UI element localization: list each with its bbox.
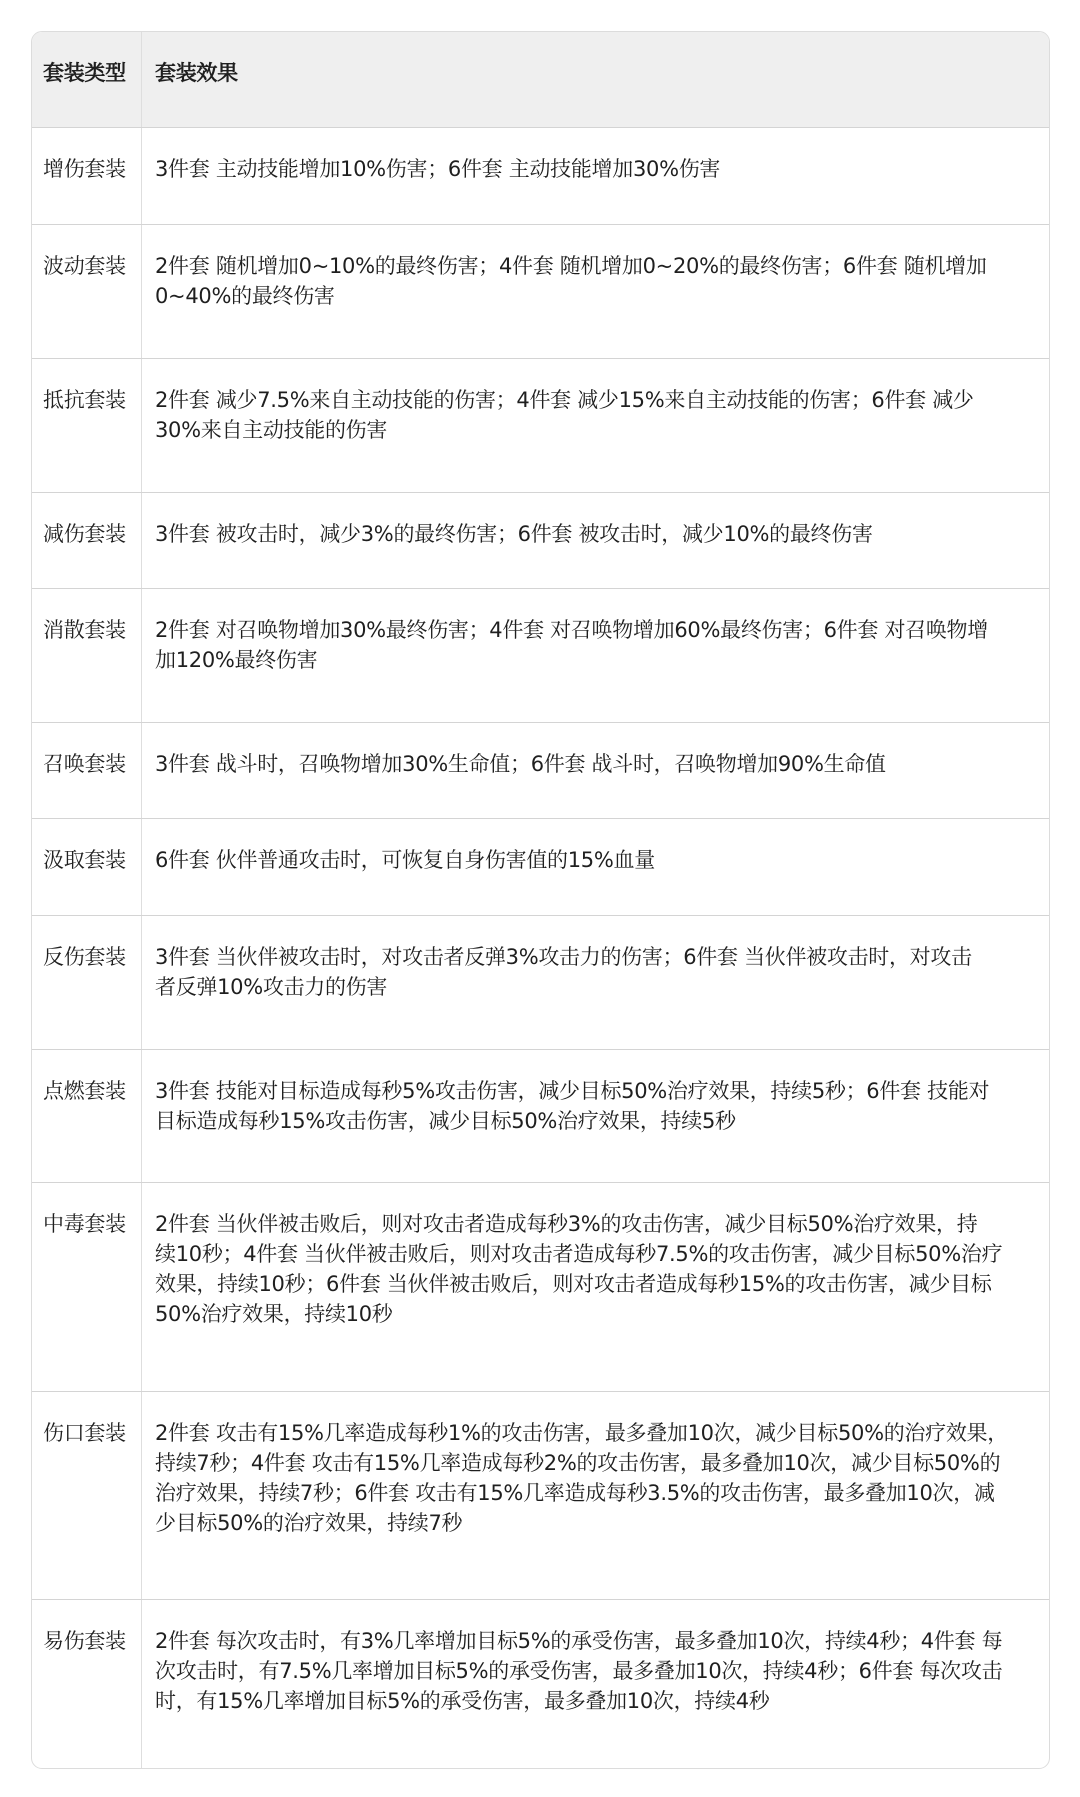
set-effect-line: 30%来自主动技能的伤害 <box>155 415 1039 445</box>
table-row: 增伤套装3件套 主动技能增加10%伤害；6件套 主动技能增加30%伤害 <box>32 128 1049 225</box>
set-type-cell: 召唤套装 <box>32 723 142 818</box>
set-effect-line: 时，有15%几率增加目标5%的承受伤害，最多叠加10次，持续4秒 <box>155 1686 1039 1716</box>
set-effect-line: 2件套 每次攻击时，有3%几率增加目标5%的承受伤害，最多叠加10次，持续4秒；… <box>155 1626 1039 1656</box>
table-row: 点燃套装3件套 技能对目标造成每秒5%攻击伤害，减少目标50%治疗效果，持续5秒… <box>32 1050 1049 1183</box>
table-header-row: 套装类型 套装效果 <box>32 32 1049 128</box>
set-type-cell: 抵抗套装 <box>32 359 142 492</box>
table-row: 减伤套装3件套 被攻击时，减少3%的最终伤害；6件套 被攻击时，减少10%的最终… <box>32 493 1049 589</box>
table-row: 消散套装2件套 对召唤物增加30%最终伤害；4件套 对召唤物增加60%最终伤害；… <box>32 589 1049 723</box>
table-row: 中毒套装2件套 当伙伴被击败后，则对攻击者造成每秒3%的攻击伤害，减少目标50%… <box>32 1183 1049 1392</box>
set-type-cell: 点燃套装 <box>32 1050 142 1182</box>
set-effect-cell: 3件套 技能对目标造成每秒5%攻击伤害，减少目标50%治疗效果，持续5秒；6件套… <box>142 1050 1049 1182</box>
set-effect-line: 目标造成每秒15%攻击伤害，减少目标50%治疗效果，持续5秒 <box>155 1106 1039 1136</box>
set-effect-cell: 3件套 当伙伴被攻击时，对攻击者反弹3%攻击力的伤害；6件套 当伙伴被攻击时，对… <box>142 916 1049 1049</box>
set-effect-line: 少目标50%的治疗效果，持续7秒 <box>155 1508 1039 1538</box>
table-row: 易伤套装2件套 每次攻击时，有3%几率增加目标5%的承受伤害，最多叠加10次，持… <box>32 1600 1049 1769</box>
table-row: 反伤套装3件套 当伙伴被攻击时，对攻击者反弹3%攻击力的伤害；6件套 当伙伴被攻… <box>32 916 1049 1050</box>
set-effect-cell: 2件套 对召唤物增加30%最终伤害；4件套 对召唤物增加60%最终伤害；6件套 … <box>142 589 1049 722</box>
set-effect-line: 加120%最终伤害 <box>155 645 1039 675</box>
set-type-cell: 波动套装 <box>32 225 142 358</box>
set-effect-cell: 3件套 主动技能增加10%伤害；6件套 主动技能增加30%伤害 <box>142 128 1049 224</box>
set-effect-line: 3件套 当伙伴被攻击时，对攻击者反弹3%攻击力的伤害；6件套 当伙伴被攻击时，对… <box>155 942 1039 972</box>
header-set-type: 套装类型 <box>32 32 142 127</box>
set-type-cell: 消散套装 <box>32 589 142 722</box>
set-effect-line: 3件套 被攻击时，减少3%的最终伤害；6件套 被攻击时，减少10%的最终伤害 <box>155 519 1039 549</box>
set-effect-line: 6件套 伙伴普通攻击时，可恢复自身伤害值的15%血量 <box>155 845 1039 875</box>
set-effect-cell: 2件套 当伙伴被击败后，则对攻击者造成每秒3%的攻击伤害，减少目标50%治疗效果… <box>142 1183 1049 1391</box>
set-effect-line: 治疗效果，持续7秒；6件套 攻击有15%几率造成每秒3.5%的攻击伤害，最多叠加… <box>155 1478 1039 1508</box>
set-effect-cell: 2件套 减少7.5%来自主动技能的伤害；4件套 减少15%来自主动技能的伤害；6… <box>142 359 1049 492</box>
table-body: 增伤套装3件套 主动技能增加10%伤害；6件套 主动技能增加30%伤害波动套装2… <box>32 128 1049 1769</box>
set-effect-line: 次攻击时，有7.5%几率增加目标5%的承受伤害，最多叠加10次，持续4秒；6件套… <box>155 1656 1039 1686</box>
set-effect-cell: 3件套 被攻击时，减少3%的最终伤害；6件套 被攻击时，减少10%的最终伤害 <box>142 493 1049 588</box>
set-effect-line: 2件套 对召唤物增加30%最终伤害；4件套 对召唤物增加60%最终伤害；6件套 … <box>155 615 1039 645</box>
set-effect-cell: 2件套 攻击有15%几率造成每秒1%的攻击伤害，最多叠加10次，减少目标50%的… <box>142 1392 1049 1599</box>
table-row: 汲取套装6件套 伙伴普通攻击时，可恢复自身伤害值的15%血量 <box>32 819 1049 916</box>
set-effect-cell: 6件套 伙伴普通攻击时，可恢复自身伤害值的15%血量 <box>142 819 1049 915</box>
set-effect-line: 持续7秒；4件套 攻击有15%几率造成每秒2%的攻击伤害，最多叠加10次，减少目… <box>155 1448 1039 1478</box>
set-effect-line: 者反弹10%攻击力的伤害 <box>155 972 1039 1002</box>
set-type-cell: 汲取套装 <box>32 819 142 915</box>
set-effect-line: 2件套 随机增加0~10%的最终伤害；4件套 随机增加0~20%的最终伤害；6件… <box>155 251 1039 281</box>
set-effect-cell: 2件套 随机增加0~10%的最终伤害；4件套 随机增加0~20%的最终伤害；6件… <box>142 225 1049 358</box>
set-effect-line: 2件套 减少7.5%来自主动技能的伤害；4件套 减少15%来自主动技能的伤害；6… <box>155 385 1039 415</box>
set-effect-line: 50%治疗效果，持续10秒 <box>155 1299 1039 1329</box>
set-type-cell: 减伤套装 <box>32 493 142 588</box>
set-type-cell: 易伤套装 <box>32 1600 142 1769</box>
equipment-set-table: 套装类型 套装效果 增伤套装3件套 主动技能增加10%伤害；6件套 主动技能增加… <box>31 31 1050 1769</box>
table-row: 抵抗套装2件套 减少7.5%来自主动技能的伤害；4件套 减少15%来自主动技能的… <box>32 359 1049 493</box>
set-effect-line: 3件套 主动技能增加10%伤害；6件套 主动技能增加30%伤害 <box>155 154 1039 184</box>
set-type-cell: 反伤套装 <box>32 916 142 1049</box>
set-effect-line: 3件套 战斗时，召唤物增加30%生命值；6件套 战斗时，召唤物增加90%生命值 <box>155 749 1039 779</box>
table-row: 召唤套装3件套 战斗时，召唤物增加30%生命值；6件套 战斗时，召唤物增加90%… <box>32 723 1049 819</box>
set-effect-line: 2件套 当伙伴被击败后，则对攻击者造成每秒3%的攻击伤害，减少目标50%治疗效果… <box>155 1209 1039 1239</box>
set-type-cell: 中毒套装 <box>32 1183 142 1391</box>
header-set-effect: 套装效果 <box>142 32 1049 127</box>
set-effect-line: 续10秒；4件套 当伙伴被击败后，则对攻击者造成每秒7.5%的攻击伤害，减少目标… <box>155 1239 1039 1269</box>
set-effect-line: 2件套 攻击有15%几率造成每秒1%的攻击伤害，最多叠加10次，减少目标50%的… <box>155 1418 1039 1448</box>
set-type-cell: 增伤套装 <box>32 128 142 224</box>
set-effect-line: 0~40%的最终伤害 <box>155 281 1039 311</box>
set-type-cell: 伤口套装 <box>32 1392 142 1599</box>
set-effect-line: 3件套 技能对目标造成每秒5%攻击伤害，减少目标50%治疗效果，持续5秒；6件套… <box>155 1076 1039 1106</box>
set-effect-cell: 2件套 每次攻击时，有3%几率增加目标5%的承受伤害，最多叠加10次，持续4秒；… <box>142 1600 1049 1769</box>
table-row: 波动套装2件套 随机增加0~10%的最终伤害；4件套 随机增加0~20%的最终伤… <box>32 225 1049 359</box>
set-effect-line: 效果，持续10秒；6件套 当伙伴被击败后，则对攻击者造成每秒15%的攻击伤害，减… <box>155 1269 1039 1299</box>
set-effect-cell: 3件套 战斗时，召唤物增加30%生命值；6件套 战斗时，召唤物增加90%生命值 <box>142 723 1049 818</box>
table-row: 伤口套装2件套 攻击有15%几率造成每秒1%的攻击伤害，最多叠加10次，减少目标… <box>32 1392 1049 1600</box>
